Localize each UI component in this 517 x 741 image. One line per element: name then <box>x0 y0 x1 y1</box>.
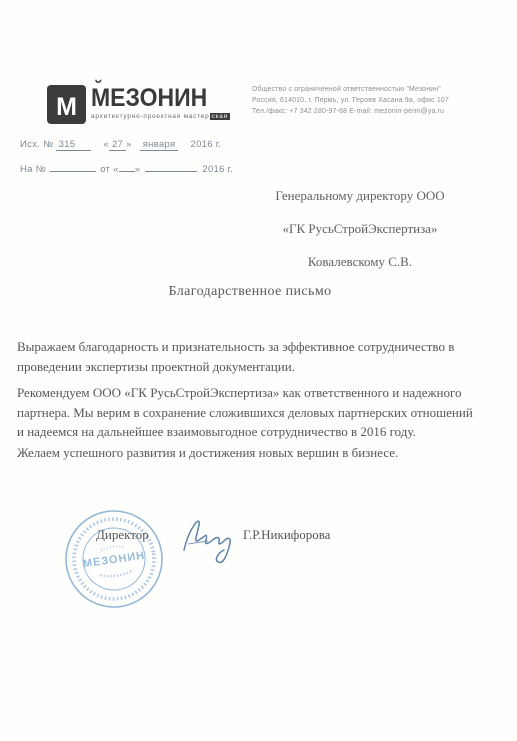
brand-tagline: архитектурно-проектная мастерская <box>91 113 230 120</box>
brand-breve-mark: ˘ <box>96 76 102 103</box>
outgoing-day: 27 <box>109 139 126 151</box>
incoming-quote-close: » <box>135 164 141 175</box>
logo-mark-icon: ˘ М <box>47 85 86 124</box>
scanned-letter-page: ˘ М ˘ МЕЗОНИН архитектурно-проектная мас… <box>0 0 517 741</box>
incoming-year: 2016 г. <box>202 164 233 175</box>
company-contact-info: Общество с ограниченной ответственностью… <box>252 84 490 117</box>
tagline-text: архитектурно-проектная мастер <box>91 113 210 120</box>
brand-wordmark: ˘ МЕЗОНИН <box>91 85 219 112</box>
addressee-position: Генеральному директору ООО <box>228 188 492 204</box>
stamp-center-text: МЕЗОНИН <box>82 550 146 571</box>
logo-letter: М <box>56 92 77 122</box>
company-address: Россия, 614010, г. Пермь, ул. Героев Хас… <box>252 95 490 106</box>
outgoing-year: 2016 г. <box>190 139 221 150</box>
body-paragraph-3: Желаем успешного развития и достижения н… <box>17 443 480 463</box>
company-legal-name: Общество с ограниченной ответственностью… <box>252 84 490 95</box>
outgoing-month: января <box>140 139 179 151</box>
body-paragraph-1: Выражаем благодарность и признательность… <box>17 337 480 376</box>
logo-breve-mark: ˘ <box>64 78 69 94</box>
body-paragraph-2: Рекомендуем ООО «ГК РусьСтройЭкспертиза»… <box>17 383 480 442</box>
outgoing-prefix: Исх. № <box>20 139 54 150</box>
outgoing-ref-line: Исх. №315«27»января2016 г. <box>20 139 221 150</box>
quote-close: » <box>126 139 132 150</box>
incoming-prefix: На № <box>20 164 46 175</box>
tagline-highlight: ская <box>210 113 230 120</box>
incoming-month-blank <box>145 162 197 172</box>
signer-name: Г.Р.Никифорова <box>243 527 330 543</box>
incoming-day-blank <box>119 162 135 172</box>
company-logo: ˘ М ˘ МЕЗОНИН архитектурно-проектная мас… <box>47 85 230 124</box>
incoming-ref-line: На №от «»2016 г. <box>20 162 233 175</box>
signer-role-label: Директор <box>96 527 149 543</box>
outgoing-number: 315 <box>56 139 92 151</box>
logo-text-block: ˘ МЕЗОНИН архитектурно-проектная мастерс… <box>91 85 230 120</box>
company-stamp-seal: МЕЗОНИН <box>62 507 166 611</box>
letter-title: Благодарственное письмо <box>0 284 500 300</box>
addressee-block: Генеральному директору ООО «ГК РусьСтрой… <box>228 188 492 287</box>
company-phone-email: Тел./факс: +7 342 280-97-68 E-mail: mezo… <box>252 106 490 117</box>
incoming-number-blank <box>50 162 96 172</box>
addressee-person: Ковалевскому С.В. <box>228 254 492 270</box>
addressee-company: «ГК РусьСтройЭкспертиза» <box>228 221 492 237</box>
incoming-from: от <box>100 164 110 175</box>
brand-name: МЕЗОНИН <box>91 84 207 112</box>
handwritten-signature <box>178 510 250 568</box>
